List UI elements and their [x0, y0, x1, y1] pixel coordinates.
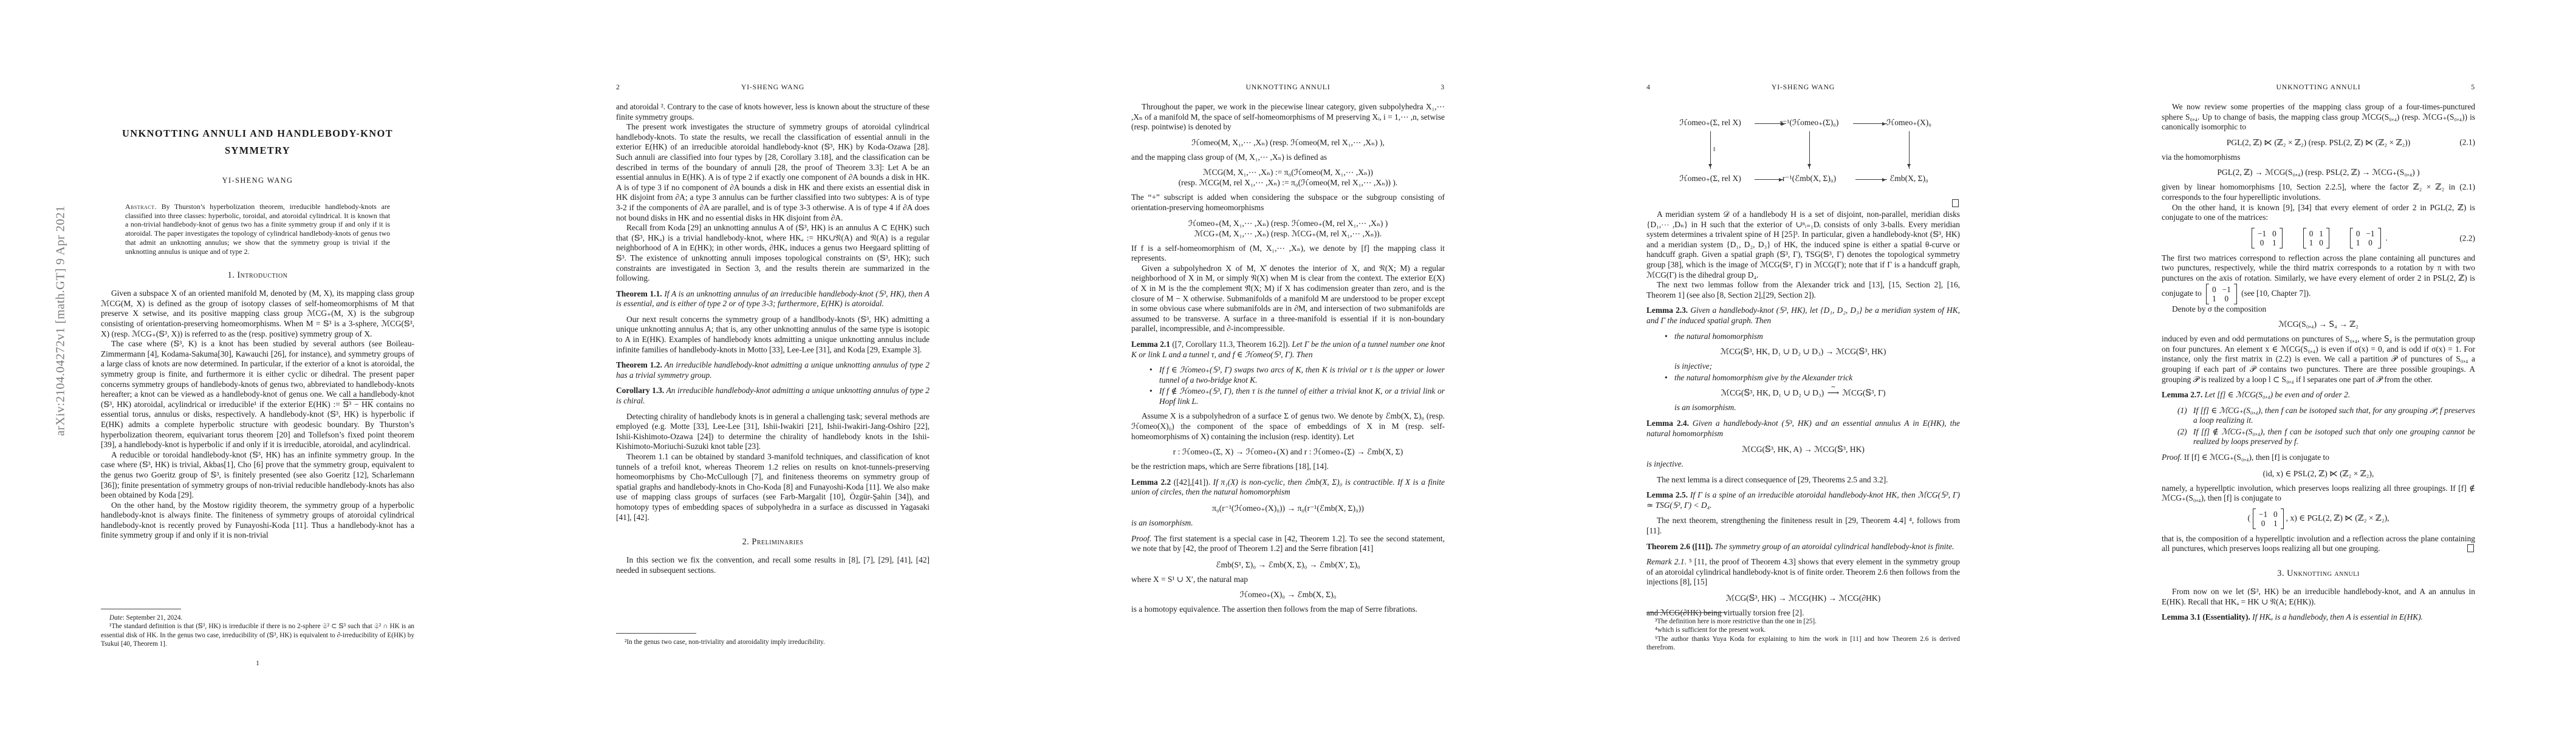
section-2-heading: 2. Preliminaries: [616, 537, 930, 547]
lemma-label: Lemma 2.5.: [1646, 490, 1688, 499]
bullet-icon: •: [1149, 386, 1159, 406]
abstract-text: By Thurston’s hyperbolization theorem, i…: [125, 202, 390, 256]
bullet-text: is injective;: [1674, 361, 1960, 372]
matrix-entry: 0: [2272, 229, 2276, 238]
paragraph: On the other hand, it is known [9], [34]…: [2162, 203, 2475, 223]
equation-text: (: [2247, 513, 2250, 522]
paragraph: Assume X is a subpolyhedron of a surface…: [1131, 411, 1445, 442]
arxiv-paper-screenshot: { "glyphs": {"bullet": "•", "longarrow":…: [0, 0, 2576, 729]
footnote-5: ⁵The author thanks Yuya Koda for explain…: [1646, 635, 1960, 652]
proof: Proof. If [f] ∈ ℳCG₊(S₀,₄), then [f] is …: [2162, 453, 2475, 463]
matrix: −1001: [2253, 508, 2284, 529]
lemma-body: Given a handlebody-knot (𝕊³, HK), let {D…: [1646, 306, 1960, 325]
lemma-label: Lemma 2.3.: [1646, 306, 1688, 315]
paragraph: Theorem 1.1 can be obtained by standard …: [616, 452, 930, 522]
theorem-body: If A is an unknotting annulus of an irre…: [616, 289, 930, 309]
commutative-diagram: ℋomeo₊(Σ, rel X) r⁻¹(ℋomeo₊(Σ)₀) ℋomeo₊(…: [1646, 118, 1960, 196]
running-head-page-number: 3: [1408, 83, 1445, 92]
qed-box-icon: [1952, 199, 1959, 207]
theorem-body: An irreducible handlebody-knot admitting…: [616, 360, 930, 380]
matrix-entry: 0: [2356, 229, 2360, 238]
paragraph: induced by even and odd permutations on …: [2162, 334, 2475, 385]
paragraph: The next theorem, strengthening the fini…: [1646, 516, 1960, 536]
theorem-label: Theorem 2.6 ([11]).: [1646, 542, 1713, 551]
bullet-text: If f ∉ ℋomeo₊(𝕊³, Γ), then τ is the tunn…: [1159, 386, 1445, 406]
paragraph: On the other hand, by the Mostow rigidit…: [101, 501, 414, 541]
equation-text: ℳCG(𝕊³, HK, D₁ ∪ D₂ ∪ D₃): [1721, 388, 1826, 397]
matrix-entry: 0: [2273, 510, 2278, 519]
display-equation: π₀(r⁻¹(ℋomeo₊(X)₀)) → π₀(r⁻¹(ℰmb(X, Σ)₀)…: [1131, 503, 1445, 513]
diagram-node: ℋomeo₊(X)₀: [1886, 118, 1931, 128]
matrix: −1001: [2252, 228, 2283, 248]
matrix-entry: 1: [2319, 229, 2323, 238]
right-arrow-icon: [1755, 179, 1784, 180]
lemma-label: Lemma 3.1 (Essentiality).: [2162, 612, 2250, 621]
paragraph: Recall from Koda [29] an unknotting annu…: [616, 223, 930, 284]
display-equation: r : ℋomeo₊(Σ, X) → ℋomeo₊(X) and r : ℋom…: [1131, 447, 1445, 457]
proof: Proof. The first statement is a special …: [1131, 534, 1445, 554]
equal-sign-label: ‖: [1713, 146, 1715, 153]
lemma-reference: ([7, Corollary 11.3, Theorem 16.2]).: [1170, 340, 1290, 349]
matrix-entry: 0: [2222, 294, 2231, 303]
running-head-title: UNKNOTTING ANNULI: [2198, 83, 2439, 92]
matrix-entry: 0: [2309, 229, 2314, 238]
remark-label: Remark 2.1.: [1646, 557, 1687, 566]
lemma-continuation: is injective.: [1646, 459, 1960, 470]
page-2-content: and atoroidal ². Contrary to the case of…: [616, 102, 930, 575]
item-number: (1): [2177, 406, 2193, 426]
lemma-2-1: Lemma 2.1 ([7, Corollary 11.3, Theorem 1…: [1131, 340, 1445, 360]
matrix-entry: −1: [2366, 229, 2374, 238]
paragraph: In this section we fix the convention, a…: [616, 555, 930, 575]
proof-label: Proof.: [2162, 453, 2182, 462]
lemma-continuation: is an isomorphism.: [1131, 518, 1445, 529]
corollary-1-3: Corollary 1.3. An irreducible handlebody…: [616, 386, 930, 406]
matrix-bracket-right: [2326, 228, 2329, 248]
equation-tag: (2.1): [2459, 137, 2475, 148]
paragraph: The “+” subscript is added when consider…: [1131, 193, 1445, 213]
abstract-label: Abstract.: [125, 202, 157, 211]
paragraph: namely, a hyperellptic involution, which…: [2162, 484, 2475, 504]
equation-line: ℳCG(M, X₁,⋯ ,Xₙ) := π₀(ℋomeo(M, X₁,⋯ ,Xₙ…: [1131, 167, 1445, 177]
display-equation: ℳCG(𝕊³, HK, D₁ ∪ D₂ ∪ D₃) → ℳCG(𝕊³, HK): [1646, 346, 1960, 357]
paper-author: YI-SHENG WANG: [101, 176, 414, 185]
footnote-4: ⁴which is sufficient for the present wor…: [1646, 626, 1960, 634]
matrix-entry: 1: [2309, 238, 2314, 247]
section-3-heading: 3. Unknotting annuli: [2162, 569, 2475, 579]
footnote-rule: [1646, 612, 1727, 613]
paragraph: The case where (𝕊³, K) is a knot has bee…: [101, 339, 414, 450]
matrix-entry: −1: [2258, 229, 2266, 238]
running-head-title: UNKNOTTING ANNULI: [1168, 83, 1408, 92]
diagram-node: ℰmb(X, Σ)₀: [1889, 174, 1928, 183]
paragraph: We now review some properties of the map…: [2162, 102, 2475, 132]
matrix-entry: 0: [2319, 238, 2323, 247]
paragraph: From now on we let (𝕊³, HK) be an irredu…: [2162, 587, 2475, 607]
paragraph: Denote by σ the composition: [2162, 304, 2475, 315]
footnote-1: ¹The standard definition is that (𝕊³, HK…: [101, 622, 414, 648]
arxiv-watermark-text: arXiv:2104.04272v1 [math.GT] 9 Apr 2021: [54, 205, 68, 436]
lemma-3-1: Lemma 3.1 (Essentiality). If HKₐ is a ha…: [2162, 612, 2475, 623]
abstract: Abstract. By Thurston’s hyperbolization …: [125, 202, 390, 256]
page-4: 4 YI-SHENG WANG ℋomeo₊(Σ, rel X) r⁻¹(ℋom…: [1546, 0, 2061, 729]
running-head: UNKNOTTING ANNULI 3: [1131, 83, 1445, 92]
paragraph: A meridian system 𝒟 of a handlebody H is…: [1646, 210, 1960, 280]
lemma-label: Lemma 2.1: [1131, 340, 1170, 349]
paragraph-text: The case where (𝕊³, K) is a knot has bee…: [101, 339, 414, 409]
matrix-entry: 0: [2258, 238, 2266, 247]
paragraph: The present work investigates the struct…: [616, 122, 930, 223]
matrix-entry: 1: [2356, 238, 2360, 247]
qed-line: [1646, 199, 1959, 207]
footnote-block: ³The definition here is more restrictive…: [1646, 612, 1960, 652]
matrix-entry: −1: [2259, 510, 2267, 519]
theorem-1-2: Theorem 1.2. An irreducible handlebody-k…: [616, 360, 930, 380]
lemma-body: Given a handlebody-knot (𝕊³, HK) and an …: [1646, 419, 1960, 438]
lemma-numbered-item: (2)If [f] ∉ ℳCG₊(S₀,₄), then f can be is…: [2177, 427, 2475, 447]
matrix-bracket-right: [2378, 228, 2381, 248]
equation-tag: (2.2): [2459, 233, 2475, 243]
display-equation: ℳCG(𝕊³, HK, D₁ ∪ D₂ ∪ D₃) ∼⟶ ℳCG(𝕊³, Γ): [1646, 388, 1960, 398]
lemma-label: Lemma 2.7.: [2162, 390, 2202, 399]
footnote-rule: [616, 633, 696, 634]
lemma-2-2: Lemma 2.2 ([42],[41]). If π₁(X) is non-c…: [1131, 477, 1445, 498]
footnote-block: ²In the genus two case, non-triviality a…: [616, 633, 930, 646]
paragraph: where X = S¹ ∪ X′, the natural map: [1131, 575, 1445, 585]
running-head-page-number: 5: [2439, 83, 2475, 92]
paper-title-line1: UNKNOTTING ANNULI AND HANDLEBODY-KNOT: [101, 125, 414, 142]
bullet-continuation: is injective;: [1674, 361, 1960, 372]
paragraph: Detecting chirality of handlebody knots …: [616, 412, 930, 452]
display-equation: (id, x) ∈ PSL(2, ℤ) ⋉ (ℤ₂ × ℤ₂),: [2162, 468, 2475, 479]
down-arrow-icon: [1809, 131, 1810, 169]
page-1: arXiv:2104.04272v1 [math.GT] 9 Apr 2021 …: [0, 0, 515, 729]
page-3: UNKNOTTING ANNULI 3 Throughout the paper…: [1030, 0, 1546, 729]
display-equation-2-1: PGL(2, ℤ) ⋉ (ℤ₂ × ℤ₂) (resp. PSL(2, ℤ) ⋉…: [2162, 137, 2475, 148]
lemma-body: If HKₐ is a handlebody, then A is essent…: [2250, 612, 2423, 621]
paragraph: and the mapping class group of (M, X₁,⋯ …: [1131, 152, 1445, 163]
running-head-page-number: 2: [616, 83, 653, 92]
lemma-bullet-item: •the natural homomorphism: [1665, 332, 1960, 342]
paragraph: Our next result concerns the symmetry gr…: [616, 315, 930, 355]
paragraph: Throughout the paper, we work in the pie…: [1131, 102, 1445, 132]
display-equation: ℳCG(𝕊³, HK, A) → ℳCG(𝕊³, HK): [1646, 444, 1960, 454]
proof-body: The first statement is a special case in…: [1131, 534, 1445, 553]
lemma-numbered-item: (1)If [f] ∈ ℳCG₊(S₀,₄), then f can be is…: [2177, 406, 2475, 426]
page-2: 2 YI-SHENG WANG and atoroidal ². Contrar…: [515, 0, 1030, 729]
theorem-body: The symmetry group of an atoroidal cylin…: [1713, 542, 1954, 551]
down-arrow-icon: [1909, 131, 1910, 169]
page-4-content: ℋomeo₊(Σ, rel X) r⁻¹(ℋomeo₊(Σ)₀) ℋomeo₊(…: [1646, 102, 1960, 618]
equation-line: ℋomeo₊(M, X₁,⋯ ,Xₙ) (resp. ℋomeo₊(M, rel…: [1131, 218, 1445, 228]
display-equation-2-2: −1001 0110 0−110 . (2.2): [2162, 228, 2475, 248]
right-arrow-icon: [1855, 179, 1887, 180]
page-1-content: UNKNOTTING ANNULI AND HANDLEBODY-KNOT SY…: [101, 125, 414, 541]
lemma-label: Lemma 2.4.: [1646, 419, 1689, 428]
isomorphism-arrow-icon: ∼⟶: [1826, 388, 1841, 398]
remark-body: ⁵ [11, the proof of Theorem 4.3] shows t…: [1646, 557, 1960, 586]
proof-body: If [f] ∈ ℳCG₊(S₀,₄), then [f] is conjuga…: [2182, 453, 2329, 462]
running-head-title: YI-SHENG WANG: [1683, 83, 1923, 92]
lemma-reference: ([42],[41]).: [1171, 477, 1210, 487]
date-label: Date: [109, 614, 123, 621]
theorem-1-1: Theorem 1.1. If A is an unknotting annul…: [616, 289, 930, 309]
paragraph: A reducible or toroidal handlebody-knot …: [101, 450, 414, 501]
paragraph: Given a subpolyhedron X of M, X̊ denotes…: [1131, 264, 1445, 334]
bullet-icon: •: [1149, 365, 1159, 385]
display-equation: ℳCG(M, X₁,⋯ ,Xₙ) := π₀(ℋomeo(M, X₁,⋯ ,Xₙ…: [1131, 167, 1445, 188]
paragraph: be the restriction maps, which are Serre…: [1131, 462, 1445, 472]
paragraph: The first two matrices correspond to ref…: [2162, 253, 2475, 304]
display-equation: ℋomeo₊(X)₀ → ℰmb(X, Σ)₀: [1131, 589, 1445, 600]
item-text: If [f] ∉ ℳCG₊(S₀,₄), then f can be isoto…: [2193, 427, 2475, 447]
paragraph: via the homomorphisms: [2162, 152, 2475, 163]
equation-punctuation: .: [2386, 233, 2388, 243]
diagram-node: r⁻¹(ℰmb(X, Σ)₀): [1783, 174, 1836, 183]
page-5-content: We now review some properties of the map…: [2162, 102, 2475, 628]
footnote-3: ³The definition here is more restrictive…: [1646, 617, 1960, 626]
display-equation: ℰmb(S¹, Σ)₀ → ℰmb(X, Σ)₀ → ℰmb(X′, Σ)₀: [1131, 560, 1445, 570]
display-equation: ℋomeo₊(M, X₁,⋯ ,Xₙ) (resp. ℋomeo₊(M, rel…: [1131, 218, 1445, 239]
theorem-label: Theorem 1.1.: [616, 289, 662, 298]
page-5: UNKNOTTING ANNULI 5 We now review some p…: [2061, 0, 2576, 729]
display-equation: PGL(2, ℤ) → ℳCG(S₀,₄) (resp. PSL(2, ℤ) →…: [2162, 167, 2475, 177]
running-head-spacer: [1131, 83, 1168, 92]
paragraph-text: (see [10, Chapter 7]).: [2239, 289, 2311, 298]
paragraph: The next two lemmas follow from the Alex…: [1646, 280, 1960, 300]
page-3-content: Throughout the paper, we work in the pie…: [1131, 102, 1445, 615]
matrix-entry: 1: [2212, 294, 2216, 303]
theorem-label: Theorem 1.2.: [616, 360, 662, 369]
lemma-2-7: Lemma 2.7. Let [f] ∈ ℳCG(S₀,₄) be even a…: [2162, 390, 2475, 400]
bullet-text: the natural homomorphism: [1674, 332, 1960, 342]
running-head-page-number: 4: [1646, 83, 1683, 92]
remark-2-1: Remark 2.1. ⁵ [11, the proof of Theorem …: [1646, 557, 1960, 587]
corollary-label: Corollary 1.3.: [616, 386, 664, 395]
lemma-bullet-item: •the natural homomorphism give by the Al…: [1665, 373, 1960, 383]
paragraph: is a homotopy equivalence. The assertion…: [1131, 604, 1445, 615]
qed-box-icon: [2467, 544, 2474, 552]
running-head: 4 YI-SHENG WANG: [1646, 83, 1960, 92]
inline-matrix: 0−110: [2206, 284, 2237, 304]
matrix: 0110: [2303, 228, 2329, 248]
display-equation: ℳCG(𝕊³, HK) → ℳCG(HK) → ℳCG(∂HK): [1646, 593, 1960, 603]
display-equation: ℳCG(S₀,₄) → 𝖲₄ → ℤ₂: [2162, 319, 2475, 329]
diagram-node: ℋomeo₊(Σ, rel X): [1679, 118, 1741, 128]
equation-line: (resp. ℳCG(M, rel X₁,⋯ ,Xₙ) := π₀(ℋomeo(…: [1131, 177, 1445, 188]
running-head: UNKNOTTING ANNULI 5: [2162, 83, 2475, 92]
paragraph: that is, the composition of a hyperellpt…: [2162, 534, 2475, 554]
page-number: 1: [0, 660, 515, 667]
running-head-spacer: [2162, 83, 2198, 92]
bullet-text: the natural homomorphism give by the Ale…: [1674, 373, 1960, 383]
theorem-2-6: Theorem 2.6 ([11]). The symmetry group o…: [1646, 542, 1960, 552]
lemma-2-3: Lemma 2.3. Given a handlebody-knot (𝕊³, …: [1646, 306, 1960, 326]
lemma-2-5: Lemma 2.5. If Γ is a spine of an irreduc…: [1646, 490, 1960, 510]
matrix-entry: 0: [2366, 238, 2374, 247]
item-number: (2): [2177, 427, 2193, 447]
paragraph: and atoroidal ². Contrary to the case of…: [616, 102, 930, 122]
bullet-icon: •: [1665, 373, 1674, 383]
item-text: If [f] ∈ ℳCG₊(S₀,₄), then f can be isoto…: [2193, 406, 2475, 426]
lemma-body: Let [f] ∈ ℳCG(S₀,₄) be even and of order…: [2202, 390, 2350, 399]
matrix-entry: −1: [2222, 285, 2231, 294]
paragraph: given by linear homomorphisms [10, Secti…: [2162, 182, 2475, 202]
section-1-heading: 1. Introduction: [101, 270, 414, 281]
equation-text: PGL(2, ℤ) ⋉ (ℤ₂ × ℤ₂) (resp. PSL(2, ℤ) ⋉…: [2227, 138, 2411, 147]
right-arrow-icon: [1755, 123, 1786, 124]
footnote-2: ²In the genus two case, non-triviality a…: [616, 638, 930, 646]
bullet-icon: •: [1665, 332, 1674, 342]
down-arrow-icon: [1710, 131, 1711, 169]
right-arrow-icon: [1853, 123, 1887, 124]
display-equation: ℋomeo(M, X₁,⋯ ,Xₙ) (resp. ℋomeo(M, rel X…: [1131, 137, 1445, 148]
date-value: : September 21, 2024.: [123, 614, 183, 621]
paragraph-text: that is, the composition of a hyperellpt…: [2162, 534, 2475, 553]
running-head-spacer: [893, 83, 930, 92]
equation-text: ℳCG(𝕊³, Γ): [1840, 388, 1885, 397]
paper-title-line2: SYMMETRY: [101, 142, 414, 159]
running-head: 2 YI-SHENG WANG: [616, 83, 930, 92]
matrix-bracket-right: [2280, 228, 2283, 248]
footnote-rule: [101, 609, 181, 609]
lemma-2-4: Lemma 2.4. Given a handlebody-knot (𝕊³, …: [1646, 419, 1960, 439]
bullet-text: is an isomorphism.: [1674, 403, 1960, 413]
lemma-bullet-item: •If f ∉ ℋomeo₊(𝕊³, Γ), then τ is the tun…: [1149, 386, 1445, 406]
matrix-bracket-right: [2281, 508, 2284, 529]
equation-text: , x) ∈ PGL(2, ℤ) ⋉ (ℤ₂ × ℤ₂),: [2286, 513, 2389, 522]
paragraph: The next lemma is a direct consequence o…: [1646, 475, 1960, 485]
date-line: Date: September 21, 2024.: [101, 614, 414, 622]
running-head-title: YI-SHENG WANG: [653, 83, 893, 92]
equation-line: ℳCG₊(M, X₁,⋯ ,Xₙ) (resp. ℳCG₊(M, rel X₁,…: [1131, 228, 1445, 239]
paper-title: UNKNOTTING ANNULI AND HANDLEBODY-KNOT SY…: [101, 125, 414, 159]
paragraph: If f is a self-homeomorphism of (M, X₁,⋯…: [1131, 244, 1445, 264]
bullet-continuation: is an isomorphism.: [1674, 403, 1960, 413]
overline-expression: 𝕊³ − HK: [343, 400, 373, 409]
proof-label: Proof.: [1131, 534, 1151, 543]
running-head-spacer: [1923, 83, 1960, 92]
tilde-icon: ∼: [1831, 382, 1835, 392]
paragraph: Given a subspace X of an oriented manifo…: [101, 289, 414, 339]
lemma-body: If Γ is a spine of an irreducible atoroi…: [1646, 490, 1960, 510]
lemma-label: Lemma 2.2: [1131, 477, 1171, 487]
matrix-bracket-right: [2234, 284, 2237, 304]
footnote-block: Date: September 21, 2024. ¹The standard …: [101, 609, 414, 649]
matrix: 0−110: [2350, 228, 2381, 248]
diagram-node: r⁻¹(ℋomeo₊(Σ)₀): [1780, 118, 1839, 128]
matrix-entry: 0: [2259, 519, 2267, 528]
diagram-node: ℋomeo₊(Σ, rel X): [1679, 174, 1741, 183]
lemma-bullet-item: •If f ∈ ℋomeo₊(𝕊³, Γ) swaps two arcs of …: [1149, 365, 1445, 385]
matrix-entry: 1: [2272, 238, 2276, 247]
matrix-entry: 1: [2273, 519, 2278, 528]
display-equation: (−1001, x) ∈ PGL(2, ℤ) ⋉ (ℤ₂ × ℤ₂),: [2162, 508, 2475, 529]
matrix-entry: 0: [2212, 285, 2216, 294]
bullet-text: If f ∈ ℋomeo₊(𝕊³, Γ) swaps two arcs of K…: [1159, 365, 1445, 385]
